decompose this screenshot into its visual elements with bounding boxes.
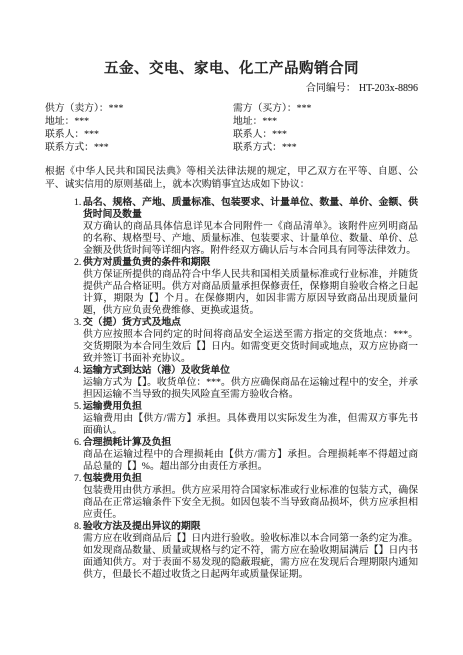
party-info-line: 联系人：***	[233, 128, 418, 141]
clause-number: 5.	[74, 401, 81, 413]
clause-number: 8.	[74, 521, 81, 533]
clause-body: 运输费用由【供方/需方】承担。具体费用以实际发生为准，但需双方事先书面确认。	[83, 413, 418, 437]
party-info-line: 联系人：***	[45, 128, 233, 141]
buyer-info: 需方（买方）：*** 地址：*** 联系人：*** 联系方式：***	[233, 102, 418, 154]
supplier-info: 供方（卖方）：*** 地址：*** 联系人：*** 联系方式：***	[45, 102, 233, 154]
clause: 3. 交（提）货方式及地点 供方应按照本合同约定的时间将商品安全运送至需方指定的…	[45, 317, 418, 365]
clause-heading: 运输费用负担	[83, 401, 418, 413]
clause-heading: 合理损耗计算及负担	[83, 437, 418, 449]
clause-body: 包装费用由供方承担。供方应采用符合国家标准或行业标准的包装方式，确保商品在正常运…	[83, 485, 418, 521]
clause-number: 3.	[74, 317, 81, 329]
clause-body: 供方保证所提供的商品符合中华人民共和国相关质量标准或行业标准，并随货提供产品合格…	[83, 269, 418, 317]
clause-body: 商品在运输过程中的合理损耗由【供方/需方】承担。合理损耗率不得超过商品总量的【】…	[83, 449, 418, 473]
clause-heading: 供方对质量负责的条件和期限	[83, 257, 418, 269]
clause: 6. 合理损耗计算及负担 商品在运输过程中的合理损耗由【供方/需方】承担。合理损…	[45, 437, 418, 473]
party-info-line: 地址：***	[233, 115, 418, 128]
clause: 4. 运输方式到达站（港）及收货单位 运输方式为【】。收货单位：***。供方应确…	[45, 365, 418, 401]
document-title: 五金、交电、家电、化工产品购销合同	[45, 60, 418, 78]
clause: 7. 包装费用负担 包装费用由供方承担。供方应采用符合国家标准或行业标准的包装方…	[45, 473, 418, 521]
clause-heading: 交（提）货方式及地点	[83, 317, 418, 329]
party-info-line: 供方（卖方）：***	[45, 102, 233, 115]
parties-section: 供方（卖方）：*** 地址：*** 联系人：*** 联系方式：*** 需方（买方…	[45, 102, 418, 154]
clause-body: 运输方式为【】。收货单位：***。供方应确保商品在运输过程中的安全，并承担因运输…	[83, 377, 418, 401]
contract-document: 五金、交电、家电、化工产品购销合同 合同编号：HT-203x-8896 供方（卖…	[0, 0, 463, 655]
clause-body: 供方应按照本合同约定的时间将商品安全运送至需方指定的交货地点：***。交货期限为…	[83, 329, 418, 365]
clause-heading: 验收方法及提出异议的期限	[83, 521, 418, 533]
party-info-line: 联系方式：***	[45, 141, 233, 154]
clause-heading: 品名、规格、产地、质量标准、包装要求、计量单位、数量、单价、金额、供货时间及数量	[83, 197, 418, 221]
clause-number: 6.	[74, 437, 81, 449]
party-info-line: 联系方式：***	[233, 141, 418, 154]
party-info-line: 地址：***	[45, 115, 233, 128]
clause-body: 双方确认的商品具体信息详见本合同附件一《商品清单》。该附件应列明商品的名称、规格…	[83, 221, 418, 257]
contract-number-label: 合同编号：	[306, 83, 356, 94]
contract-number-value: HT-203x-8896	[356, 83, 418, 94]
party-info-line: 需方（买方）：***	[233, 102, 418, 115]
clause-body: 需方应在收到商品后【】日内进行验收。验收标准以本合同第一条约定为准。如发现商品数…	[83, 533, 418, 581]
clause-heading: 运输方式到达站（港）及收货单位	[83, 365, 418, 377]
clause: 1. 品名、规格、产地、质量标准、包装要求、计量单位、数量、单价、金额、供货时间…	[45, 197, 418, 257]
clause-number: 2.	[74, 257, 81, 269]
clause: 5. 运输费用负担 运输费用由【供方/需方】承担。具体费用以实际发生为准，但需双…	[45, 401, 418, 437]
clause-list: 1. 品名、规格、产地、质量标准、包装要求、计量单位、数量、单价、金额、供货时间…	[45, 197, 418, 581]
clause: 2. 供方对质量负责的条件和期限 供方保证所提供的商品符合中华人民共和国相关质量…	[45, 257, 418, 317]
clause-heading: 包装费用负担	[83, 473, 418, 485]
clause-number: 7.	[74, 473, 81, 485]
clause-number: 4.	[74, 365, 81, 377]
clause-number: 1.	[74, 197, 81, 209]
preamble: 根据《中华人民共和国民法典》等相关法律法规的规定，甲乙双方在平等、自愿、公平、诚…	[45, 166, 418, 191]
clause: 8. 验收方法及提出异议的期限 需方应在收到商品后【】日内进行验收。验收标准以本…	[45, 521, 418, 581]
contract-number: 合同编号：HT-203x-8896	[45, 83, 418, 95]
